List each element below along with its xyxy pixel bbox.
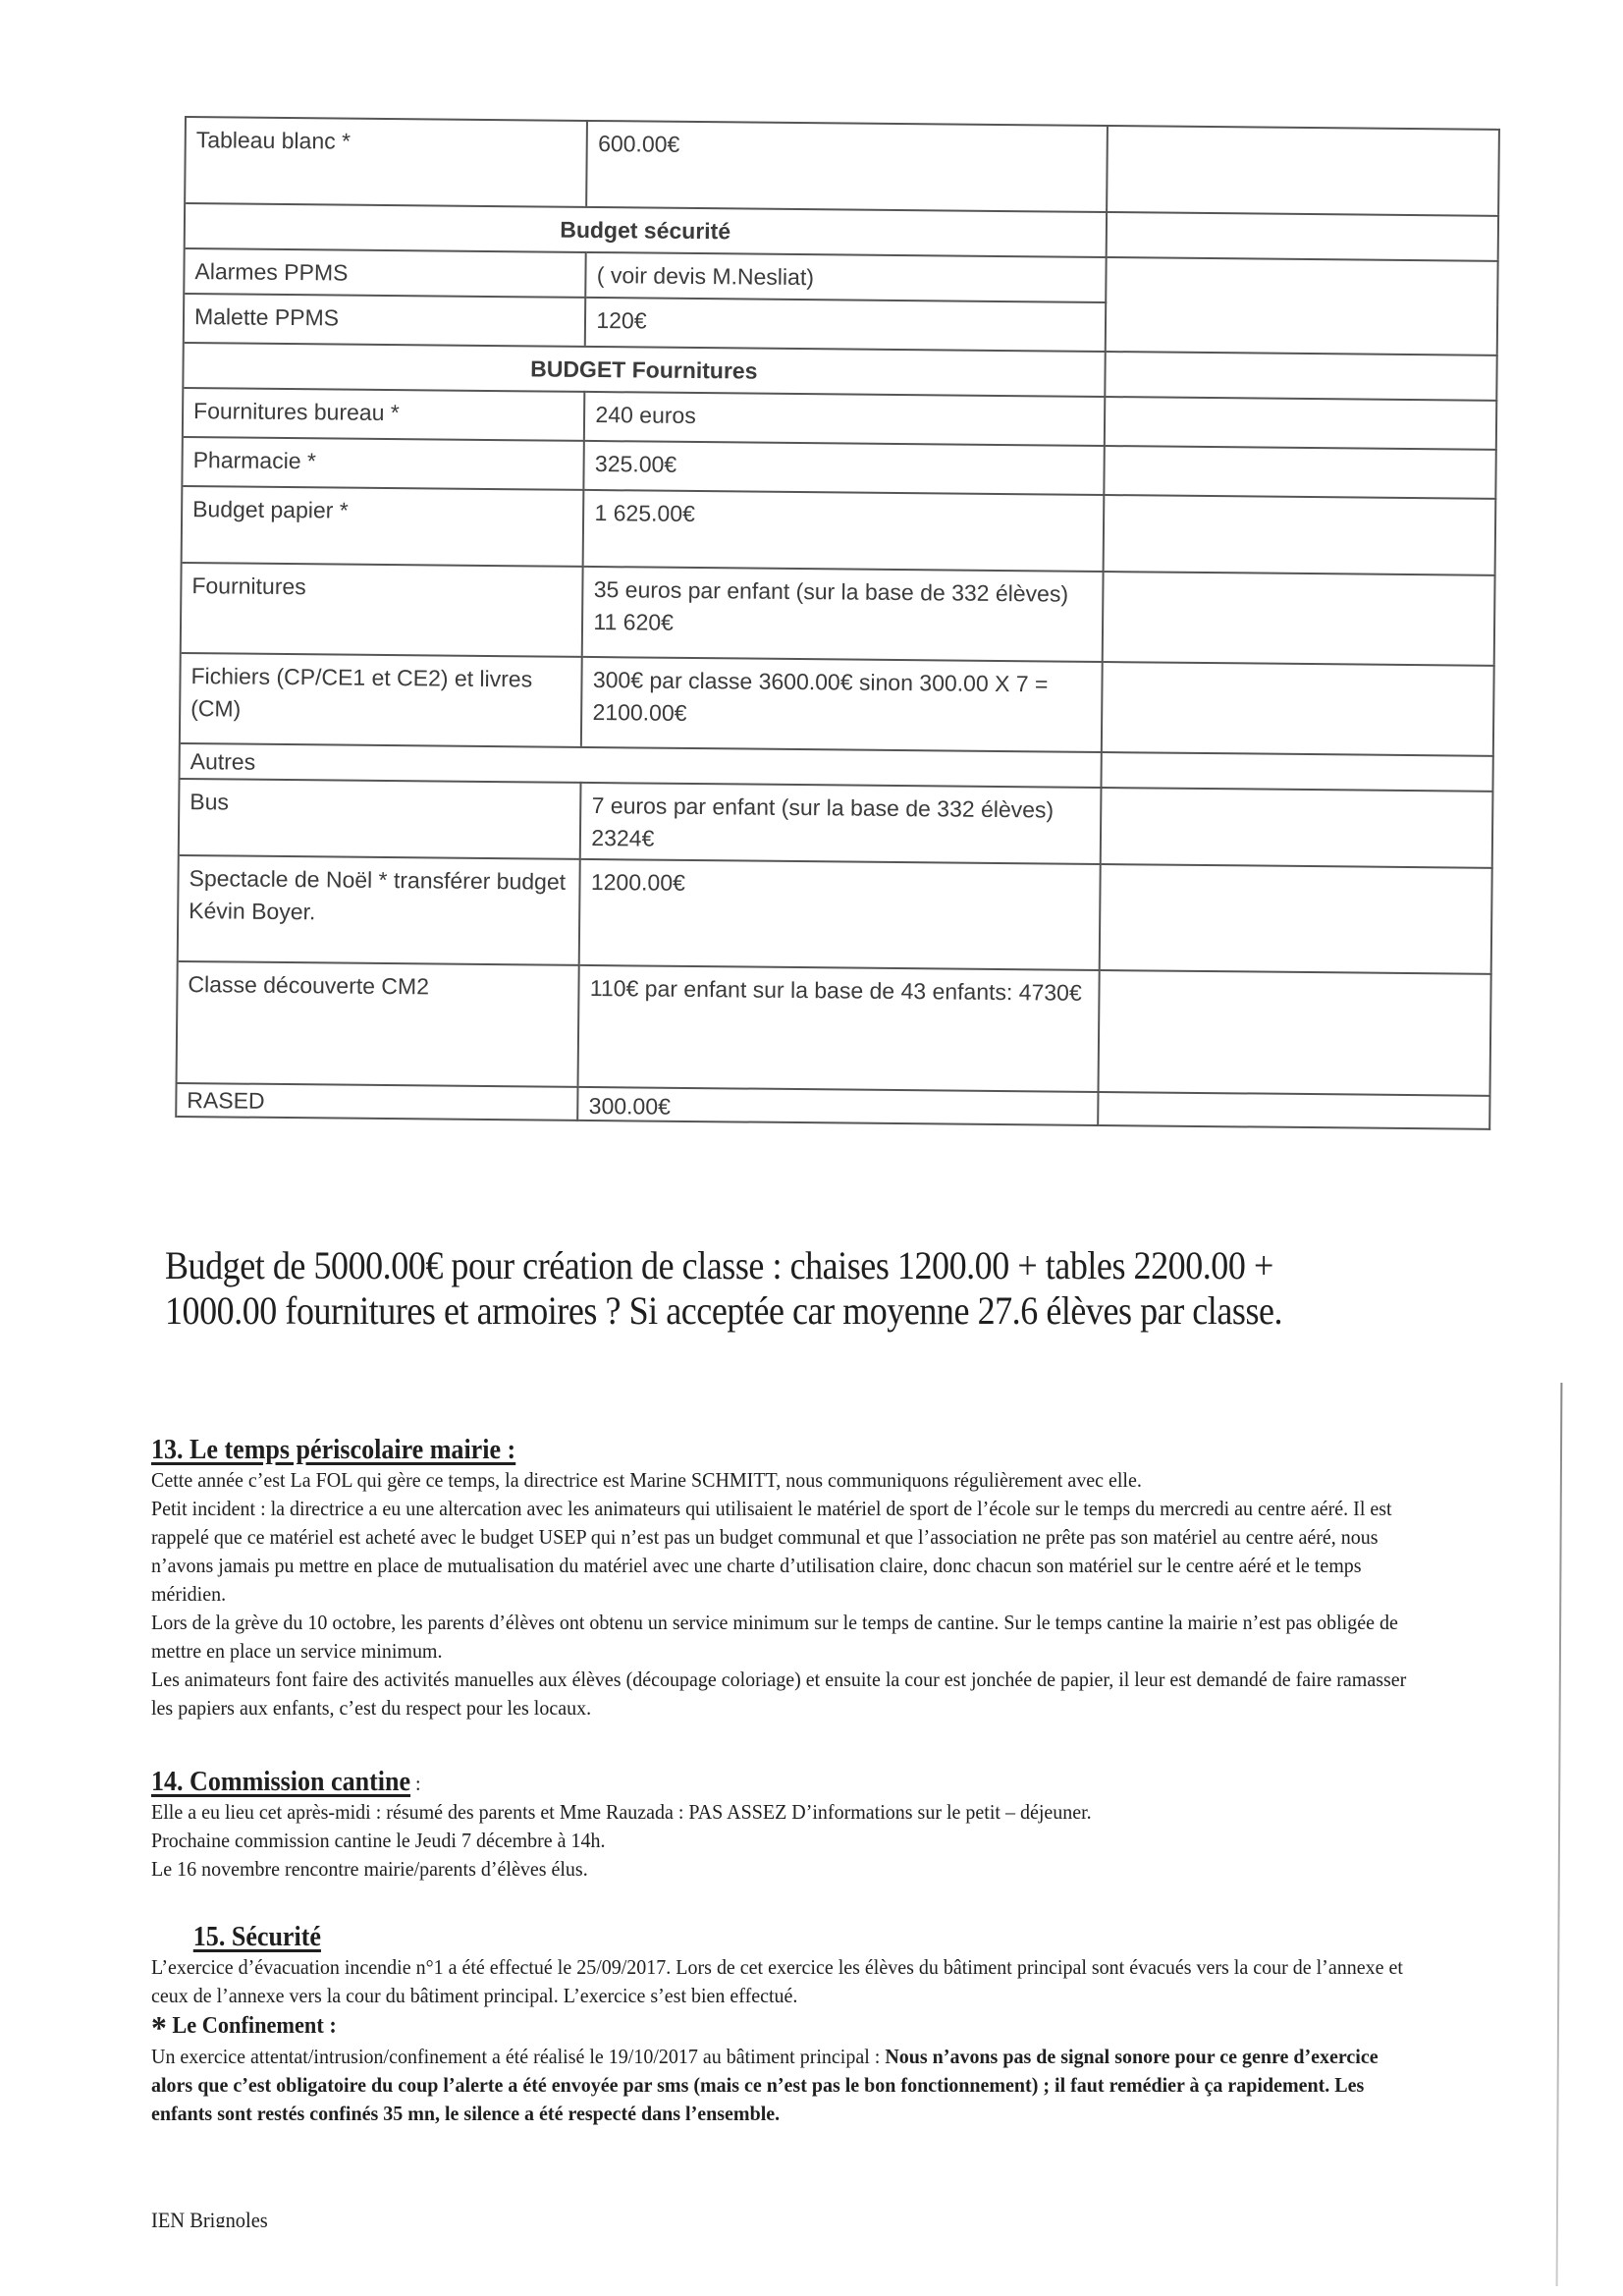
paragraph: Les animateurs font faire des activités … bbox=[151, 1666, 1411, 1722]
row-value: ( voir devis M.Nesliat) bbox=[587, 251, 1108, 301]
table-row: Budget papier * 1 625.00€ bbox=[181, 485, 1497, 574]
row-value: 600.00€ bbox=[588, 120, 1109, 211]
paragraph: Cette année c’est La FOL qui gère ce tem… bbox=[151, 1466, 1411, 1495]
table-row: Tableau blanc * 600.00€ bbox=[184, 116, 1500, 215]
section-title: 14. Commission cantine bbox=[151, 1768, 410, 1796]
row-extra bbox=[1099, 1091, 1491, 1130]
row-label: Bus bbox=[180, 778, 582, 858]
row-label: Fournitures bureau * bbox=[184, 387, 586, 440]
table-row: Classe découverte CM2 110€ par enfant su… bbox=[176, 960, 1492, 1095]
title-suffix: : bbox=[410, 1772, 421, 1795]
row-extra bbox=[1108, 125, 1500, 215]
row-extra bbox=[1105, 445, 1497, 498]
row-value: 35 euros par enfant (sur la base de 332 … bbox=[583, 566, 1104, 661]
row-label: Fichiers (CP/CE1 et CE2) et livres (CM) bbox=[181, 652, 583, 746]
row-extra bbox=[1104, 494, 1496, 574]
section-securite: 15. Sécurité L’exercice d’évacuation inc… bbox=[151, 1923, 1411, 2128]
row-value: 7 euros par enfant (sur la base de 332 é… bbox=[581, 782, 1102, 863]
table-row: Spectacle de Noël * transférer budget Ké… bbox=[177, 854, 1493, 973]
paragraph: Petit incident : la directrice a eu une … bbox=[151, 1495, 1411, 1609]
row-label: Classe découverte CM2 bbox=[178, 960, 581, 1086]
paragraph: Elle a eu lieu cet après-midi : résumé d… bbox=[151, 1798, 1411, 1827]
row-extra bbox=[1105, 396, 1497, 449]
row-value: 300.00€ bbox=[579, 1086, 1100, 1126]
section-title: 15. Sécurité bbox=[193, 1923, 321, 1951]
row-value: 110€ par enfant sur la base de 43 enfant… bbox=[579, 964, 1100, 1091]
section-commission-cantine: 14. Commission cantine : Elle a eu lieu … bbox=[151, 1768, 1411, 1884]
row-extra bbox=[1107, 211, 1499, 260]
paragraph: Lors de la grève du 10 octobre, les pare… bbox=[151, 1609, 1411, 1666]
asterisk-icon: * bbox=[151, 2010, 167, 2047]
row-extra bbox=[1102, 661, 1494, 755]
row-label: Spectacle de Noël * transférer budget Ké… bbox=[179, 854, 581, 964]
class-creation-budget-note: Budget de 5000.00€ pour création de clas… bbox=[165, 1243, 1367, 1334]
row-extra bbox=[1106, 301, 1498, 355]
row-extra bbox=[1099, 969, 1492, 1095]
row-value: 1200.00€ bbox=[580, 858, 1101, 969]
row-value: 240 euros bbox=[585, 391, 1106, 445]
row-label: Alarmes PPMS bbox=[185, 247, 587, 297]
row-label: Budget papier * bbox=[183, 485, 585, 566]
row-extra bbox=[1107, 256, 1499, 305]
row-value: 300€ par classe 3600.00€ sinon 300.00 X … bbox=[582, 656, 1103, 751]
paragraph: Prochaine commission cantine le Jeudi 7 … bbox=[151, 1827, 1411, 1855]
confinement-heading-label: Le Confinement : bbox=[172, 2013, 336, 2039]
confinement-intro: Un exercice attentat/intrusion/confineme… bbox=[151, 2045, 885, 2068]
table-row: Fournitures 35 euros par enfant (sur la … bbox=[180, 562, 1496, 665]
row-extra bbox=[1100, 863, 1492, 973]
budget-table: Tableau blanc * 600.00€ Budget sécurité … bbox=[175, 116, 1500, 1130]
row-extra bbox=[1102, 751, 1494, 791]
scanned-page: Tableau blanc * 600.00€ Budget sécurité … bbox=[0, 0, 1623, 2296]
scan-margin-line bbox=[1556, 1383, 1563, 2286]
table-row: Fichiers (CP/CE1 et CE2) et livres (CM) … bbox=[179, 652, 1495, 755]
row-label: Tableau blanc * bbox=[186, 116, 588, 206]
row-extra bbox=[1103, 571, 1495, 665]
row-label: Malette PPMS bbox=[185, 293, 587, 346]
page-footer: IEN Brignoles bbox=[151, 2208, 268, 2233]
section-title: 13. Le temps périscolaire mairie : bbox=[151, 1436, 515, 1464]
row-label: Fournitures bbox=[182, 562, 584, 656]
row-extra bbox=[1101, 787, 1493, 867]
row-value: 1 625.00€ bbox=[584, 489, 1105, 571]
row-value: 120€ bbox=[586, 297, 1107, 351]
row-extra bbox=[1106, 351, 1498, 400]
section-periscolaire: 13. Le temps périscolaire mairie : Cette… bbox=[151, 1436, 1411, 1722]
confinement-heading: *Le Confinement : bbox=[151, 2012, 1411, 2043]
row-value: 325.00€ bbox=[585, 440, 1106, 494]
paragraph: Un exercice attentat/intrusion/confineme… bbox=[151, 2043, 1411, 2128]
row-label: Pharmacie * bbox=[183, 436, 585, 489]
row-label: RASED bbox=[177, 1082, 579, 1121]
paragraph: L’exercice d’évacuation incendie n°1 a é… bbox=[151, 1953, 1411, 2010]
paragraph: Le 16 novembre rencontre mairie/parents … bbox=[151, 1855, 1411, 1884]
table-row: Bus 7 euros par enfant (sur la base de 3… bbox=[178, 778, 1494, 867]
